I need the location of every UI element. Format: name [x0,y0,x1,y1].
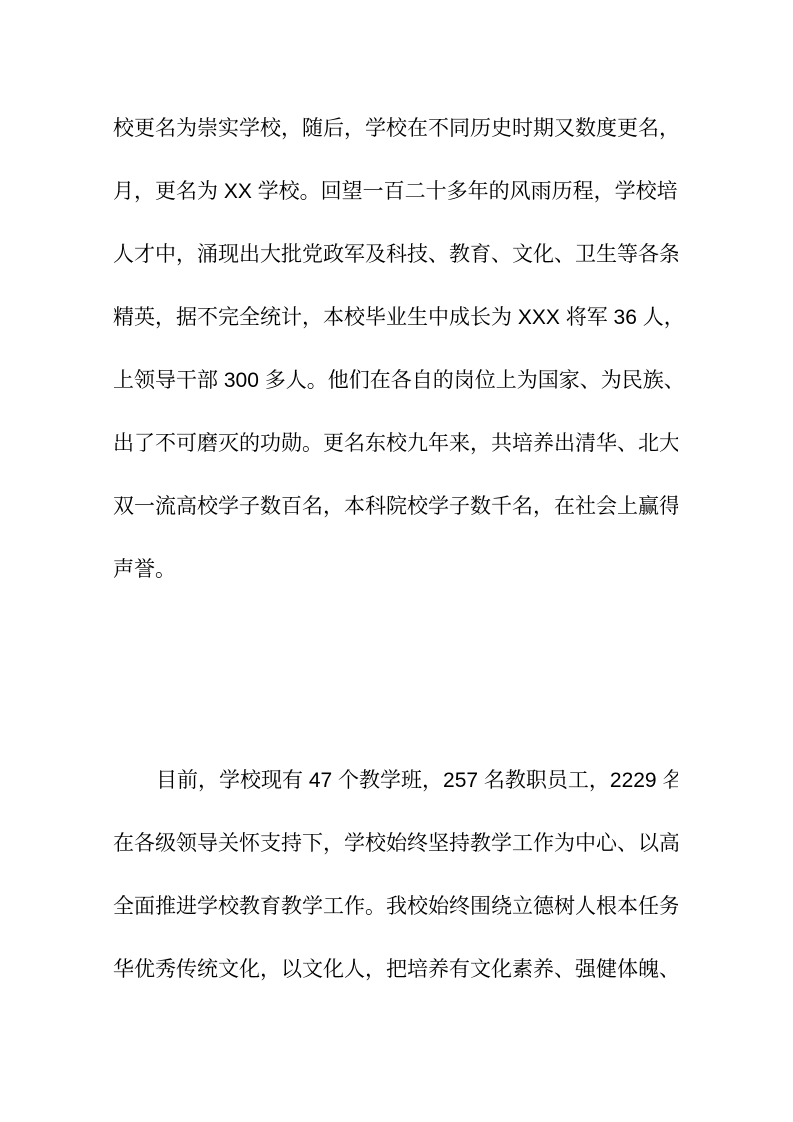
text-line: 精英，据不完全统计，本校毕业生中成长为 XXX 将军 36 人，厅局级以 [113,286,678,349]
text-line: 人才中，涌现出大批党政军及科技、教育、文化、卫生等各条战线的社会 [113,223,678,286]
text-line: 全面推进学校教育教学工作。我校始终围绕立德树人根本任务，传承中 [113,875,678,938]
text-line: 在各级领导关怀支持下，学校始终坚持教学工作为中心、以高考为导向， [113,812,678,875]
text-line: 声誉。 [113,538,678,601]
paragraph-school-present: 目前，学校现有 47 个教学班，257 名教职员工，2229 名在校学生。在各级… [113,749,678,1001]
text-line: 月，更名为 XX 学校。回望一百二十多年的风雨历程，学校培育的数万 [113,160,678,223]
text-line: 华优秀传统文化，以文化人，把培养有文化素养、强健体魄、创新精神、 [113,938,678,1001]
text-line: 上领导干部 300 多人。他们在各自的岗位上为国家、为民族、为人民作 [113,349,678,412]
text-line: 目前，学校现有 47 个教学班，257 名教职员工，2229 名在校学生。 [113,749,678,812]
paragraph-school-history: 校更名为崇实学校，随后，学校在不同历史时期又数度更名，2012 年 8月，更名为… [113,97,678,601]
text-line: 双一流高校学子数百名，本科院校学子数千名，在社会上赢得了良好的 [113,475,678,538]
text-line: 校更名为崇实学校，随后，学校在不同历史时期又数度更名，2012 年 8 [113,97,678,160]
text-line: 出了不可磨灭的功勋。更名东校九年来，共培养出清华、北大学子 10 名， [113,412,678,475]
document-page: 校更名为崇实学校，随后，学校在不同历史时期又数度更名，2012 年 8月，更名为… [0,0,793,1122]
